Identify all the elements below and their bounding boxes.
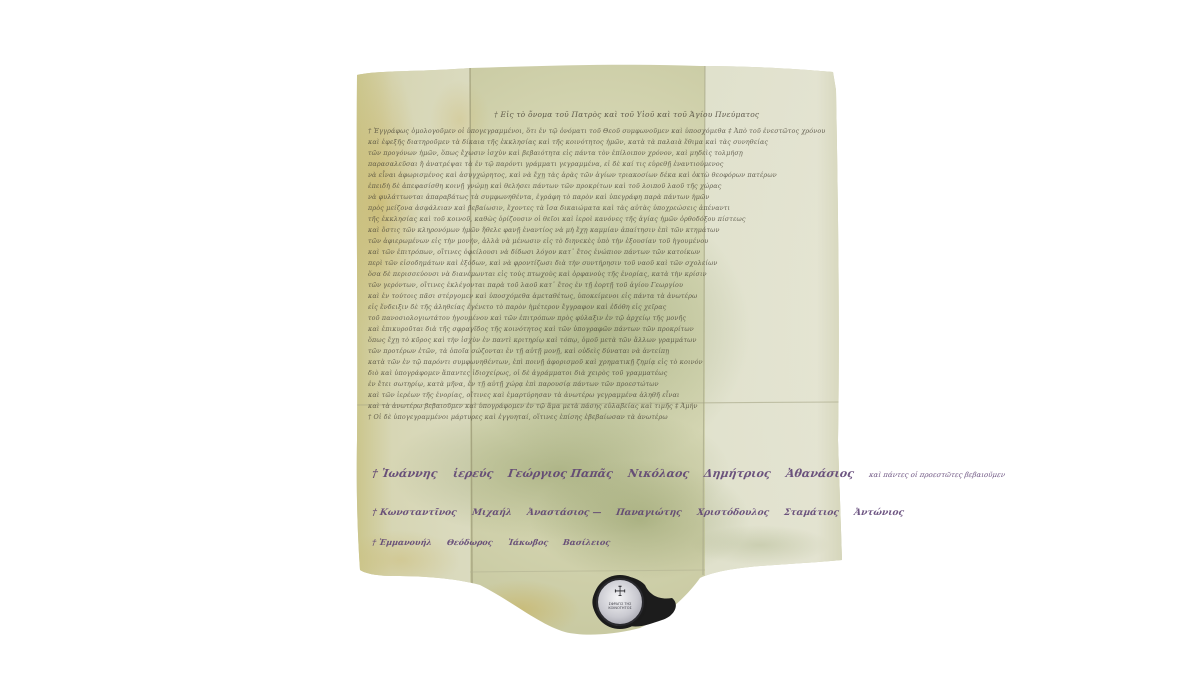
- body-text: † Ἐγγράφως ὁμολογοῦμεν οἱ ὑπογεγραμμένοι…: [368, 126, 828, 434]
- text-line: τῶν προγόνων ἡμῶν, ὅπως ἔχωσιν ἰσχὺν καὶ…: [368, 148, 828, 159]
- text-line: [368, 423, 828, 434]
- signature: Βασίλειος: [563, 537, 612, 547]
- text-line: ἐν ἔτει σωτηρίῳ, κατὰ μῆνα, ἐν τῇ αὐτῇ χ…: [368, 379, 828, 390]
- signature: Γεώργιος Παπᾶς: [507, 467, 614, 480]
- signature: Σταμάτιος: [783, 508, 839, 518]
- text-line: τῆς ἐκκλησίας καὶ τοῦ κοινοῦ, καθὼς ὁρίζ…: [368, 214, 828, 225]
- signature-row-1: † Ἰωάννης ἱερεύς Γεώργιος Παπᾶς Νικόλαος…: [372, 462, 1015, 481]
- invocation-heading: † Εἰς τὸ ὄνομα τοῦ Πατρὸς καὶ τοῦ Υἱοῦ κ…: [494, 110, 759, 119]
- text-line: πρὸς μείζονα ἀσφάλειαν καὶ βεβαίωσιν, ἔχ…: [368, 203, 828, 214]
- signature: Θεόδωρος: [446, 537, 493, 547]
- text-line: κατὰ τῶν ἐν τῷ παρόντι συμφωνηθέντων, ἐπ…: [368, 357, 828, 368]
- text-line: περὶ τῶν εἰσοδημάτων καὶ ἐξόδων, καὶ νὰ …: [368, 258, 828, 269]
- signature: καὶ πάντες οἱ προεστῶτες βεβαιοῦμεν: [868, 471, 1005, 479]
- text-line: παρασαλεῦσαι ἢ ἀνατρέψαι τὰ ἐν τῷ παρόντ…: [368, 159, 828, 170]
- double-headed-eagle-icon: ☩: [598, 584, 642, 600]
- image-stage: † Εἰς τὸ ὄνομα τοῦ Πατρὸς καὶ τοῦ Υἱοῦ κ…: [0, 0, 1200, 692]
- manuscript-text: † Εἰς τὸ ὄνομα τοῦ Πατρὸς καὶ τοῦ Υἱοῦ κ…: [368, 108, 828, 453]
- signature: † Ἰωάννης: [371, 467, 438, 480]
- text-line: νὰ εἶναι ἀφωρισμένος καὶ ἀσυγχώρητος, κα…: [368, 170, 828, 181]
- text-line: διὸ καὶ ὑπογράφομεν ἅπαντες ἰδιοχείρως, …: [368, 368, 828, 379]
- signature-row-2: † Κωνσταντῖνος Μιχαήλ Ἀναστάσιος — Παναγ…: [372, 500, 914, 519]
- signature: † Κωνσταντῖνος: [371, 508, 457, 518]
- text-line: † Ἐγγράφως ὁμολογοῦμεν οἱ ὑπογεγραμμένοι…: [368, 126, 828, 137]
- text-line: ἐπειδὴ δὲ ἀπεφασίσθη κοινῇ γνώμῃ καὶ θελ…: [368, 181, 828, 192]
- text-line: τῶν γερόντων, οἵτινες ἐκλέγονται παρὰ το…: [368, 280, 828, 291]
- wax-seal: ☩ ΣΦΡΑΓΙΣ ΤΗΣ ΚΟΙΝΟΤΗΤΟΣ: [596, 578, 644, 626]
- signature: ἱερεύς: [452, 467, 494, 480]
- text-line: καὶ ἐφεξῆς διατηροῦμεν τὰ δίκαια τῆς ἐκκ…: [368, 137, 828, 148]
- signature: Παναγιώτης: [615, 508, 682, 518]
- text-line: καὶ τὰ ἀνωτέρω βεβαιοῦμεν καὶ ὑπογράφομε…: [368, 401, 828, 412]
- signature: Ἀντώνιος: [853, 508, 904, 518]
- signature: Ἀναστάσιος —: [526, 508, 602, 518]
- text-line: τοῦ πανοσιολογιωτάτου ἡγουμένου καὶ τῶν …: [368, 313, 828, 324]
- text-line: καὶ ὅστις τῶν κληρονόμων ἡμῶν ἤθελε φανῇ…: [368, 225, 828, 236]
- signature: Μιχαήλ: [471, 508, 512, 518]
- signature: Δημήτριος: [703, 467, 771, 480]
- text-line: καὶ τῶν ἱερέων τῆς ἐνορίας, οἵτινες καὶ …: [368, 390, 828, 401]
- text-line: καὶ τῶν ἐπιτρόπων, οἵτινες ὀφείλουσι νὰ …: [368, 247, 828, 258]
- signature: Ἀθανάσιος: [785, 467, 855, 480]
- text-line: καὶ ἐν τούτοις πᾶσι στέργομεν καὶ ὑποσχό…: [368, 291, 828, 302]
- signatures-block: † Ἰωάννης ἱερεύς Γεώργιος Παπᾶς Νικόλαος…: [372, 458, 812, 558]
- signature: Νικόλαος: [627, 467, 690, 480]
- signature: † Ἐμμανουήλ: [371, 537, 432, 547]
- text-line: ὅσα δὲ περισσεύουσι νὰ διανέμωνται εἰς τ…: [368, 269, 828, 280]
- signature: Ἰάκωβος: [507, 537, 549, 547]
- text-line: † Οἱ δὲ ὑπογεγραμμένοι μάρτυρες καὶ ἐγγυ…: [368, 412, 828, 423]
- text-line: τῶν προτέρων ἐτῶν, τὰ ὁποῖα σώζονται ἐν …: [368, 346, 828, 357]
- text-line: τῶν ἀφιερωμένων εἰς τὴν μονήν, ἀλλὰ νὰ μ…: [368, 236, 828, 247]
- text-line: ὅπως ἔχῃ τὸ κῦρος καὶ τὴν ἰσχὺν ἐν παντὶ…: [368, 335, 828, 346]
- text-line: νὰ φυλάττωνται ἀπαραβάτως τὰ συμφωνηθέντ…: [368, 192, 828, 203]
- signature-row-3: † Ἐμμανουήλ Θεόδωρος Ἰάκωβος Βασίλειος: [372, 530, 621, 549]
- seal-inscription: ΣΦΡΑΓΙΣ ΤΗΣ ΚΟΙΝΟΤΗΤΟΣ: [604, 602, 636, 610]
- text-line: εἰς ἔνδειξιν δὲ τῆς ἀληθείας ἐγένετο τὸ …: [368, 302, 828, 313]
- signature: Χριστόδουλος: [696, 508, 769, 518]
- text-line: καὶ ἐπικυροῦται διὰ τῆς σφραγῖδος τῆς κο…: [368, 324, 828, 335]
